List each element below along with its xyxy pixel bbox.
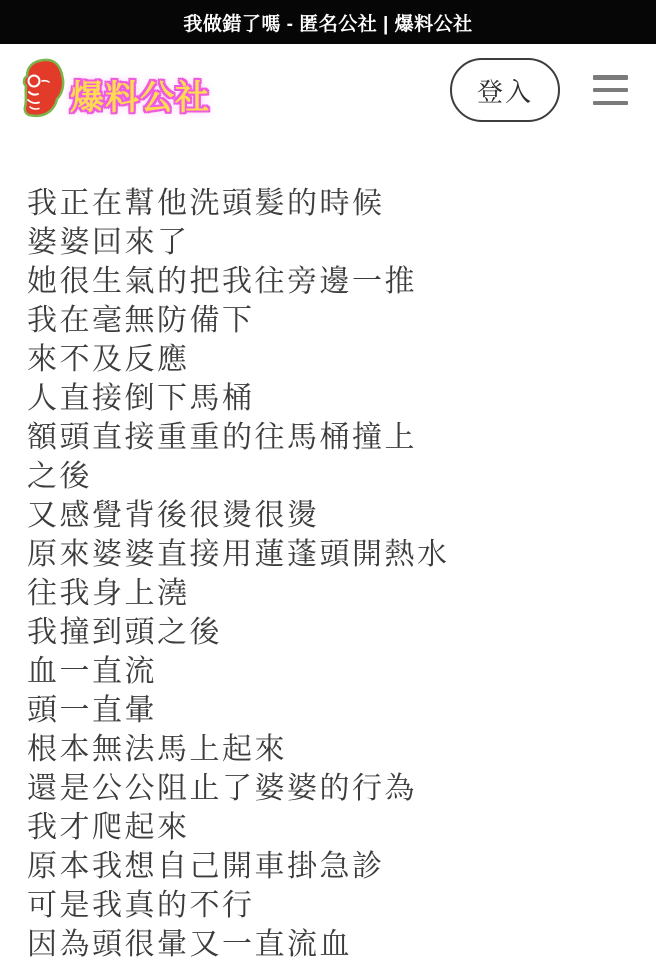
hamburger-bar [593,75,628,80]
post-line: 往我身上澆 [27,574,637,613]
site-header: 爆料公社 登入 [0,44,656,140]
post-line: 血一直流 [27,652,637,691]
post-line: 根本無法馬上起來 [27,730,637,769]
post-line: 頭一直暈 [27,691,637,730]
post-line: 又感覺背後很燙很燙 [27,496,637,535]
login-button[interactable]: 登入 [450,58,560,122]
post-line: 還是公公阻止了婆婆的行為 [27,769,637,808]
post-line: 因為頭很暈又一直流血 [27,925,637,964]
browser-titlebar: 我做錯了嗎 - 匿名公社 | 爆料公社 [0,0,656,44]
post-line: 我才爬起來 [27,808,637,847]
post-line: 可是我真的不行 [27,886,637,925]
brand-wordmark[interactable]: 爆料公社 [70,70,210,119]
post-line: 人直接倒下馬桶 [27,379,637,418]
post-line: 我正在幫他洗頭髮的時候 [27,184,637,223]
post-line: 額頭直接重重的往馬桶撞上 [27,418,637,457]
post-line: 她很生氣的把我往旁邊一推 [27,262,637,301]
post-line: 原本我想自己開車掛急診 [27,847,637,886]
post-line: 來不及反應 [27,340,637,379]
hamburger-menu-icon[interactable] [593,75,628,105]
hamburger-bar [593,88,628,93]
post-line: 我撞到頭之後 [27,613,637,652]
post-body: 我正在幫他洗頭髮的時候婆婆回來了她很生氣的把我往旁邊一推我在毫無防備下來不及反應… [27,184,637,964]
post-line: 婆婆回來了 [27,223,637,262]
post-line: 原來婆婆直接用蓮蓬頭開熱水 [27,535,637,574]
post-line: 我在毫無防備下 [27,301,637,340]
logo-head-icon [19,57,67,119]
post-line: 之後 [27,457,637,496]
page-title: 我做錯了嗎 - 匿名公社 | 爆料公社 [183,9,472,36]
site-logo[interactable] [19,57,67,119]
hamburger-bar [593,101,628,106]
